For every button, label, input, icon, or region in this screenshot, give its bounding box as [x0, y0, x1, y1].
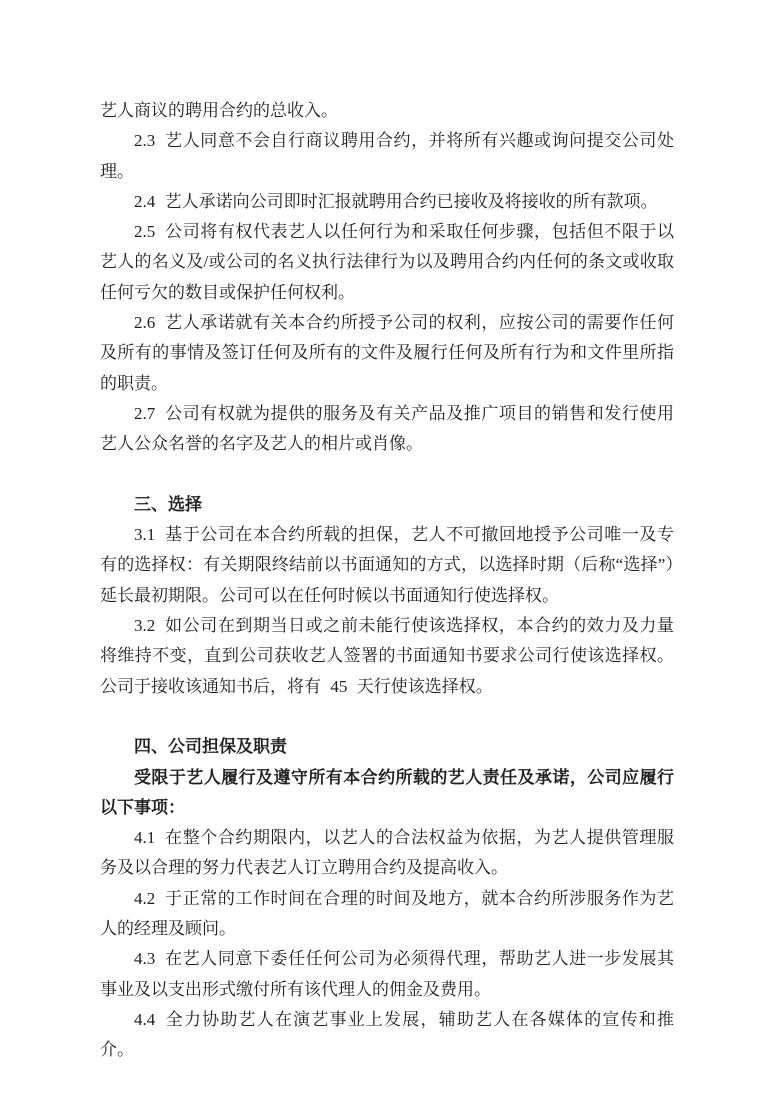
- section-4-preamble: 受限于艺人履行及遵守所有本合约所载的艺人责任及承诺，公司应履行以下事项：: [100, 763, 674, 824]
- clause-3-1: 3.1 基于公司在本合约所载的担保，艺人不可撤回地授予公司唯一及专有的选择权：有…: [100, 520, 674, 611]
- clause-2-7: 2.7 公司有权就为提供的服务及有关产品及推广项目的销售和发行使用艺人公众名誉的…: [100, 399, 674, 460]
- clause-2-2-continuation: 艺人商议的聘用合约的总收入。: [100, 96, 674, 126]
- clause-4-1: 4.1 在整个合约期限内，以艺人的合法权益为依据，为艺人提供管理服务及以合理的努…: [100, 823, 674, 884]
- clause-2-4: 2.4 艺人承诺向公司即时汇报就聘用合约已接收及将接收的所有款项。: [100, 187, 674, 217]
- clause-2-6: 2.6 艺人承诺就有关本合约所授予公司的权利，应按公司的需要作任何及所有的事情及…: [100, 308, 674, 399]
- clause-2-3: 2.3 艺人同意不会自行商议聘用合约，并将所有兴趣或询问提交公司处理。: [100, 126, 674, 187]
- clause-4-3: 4.3 在艺人同意下委任任何公司为必须得代理，帮助艺人进一步发展其事业及以支出形…: [100, 944, 674, 1005]
- clause-4-4: 4.4 全力协助艺人在演艺事业上发展，辅助艺人在各媒体的宣传和推介。: [100, 1005, 674, 1066]
- clause-4-2: 4.2 于正常的工作时间在合理的时间及地方，就本合约所涉服务作为艺人的经理及顾问…: [100, 884, 674, 945]
- section-3-heading: 三、选择: [100, 490, 674, 520]
- clause-3-2: 3.2 如公司在到期当日或之前未能行使该选择权，本合约的效力及力量将维持不变，直…: [100, 611, 674, 702]
- section-4-heading: 四、公司担保及职责: [100, 732, 674, 762]
- document-body: 艺人商议的聘用合约的总收入。 2.3 艺人同意不会自行商议聘用合约，并将所有兴趣…: [100, 96, 674, 1066]
- clause-2-5: 2.5 公司将有权代表艺人以任何行为和采取任何步骤，包括但不限于以艺人的名义及/…: [100, 217, 674, 308]
- document-page: 艺人商议的聘用合约的总收入。 2.3 艺人同意不会自行商议聘用合约，并将所有兴趣…: [0, 0, 774, 1095]
